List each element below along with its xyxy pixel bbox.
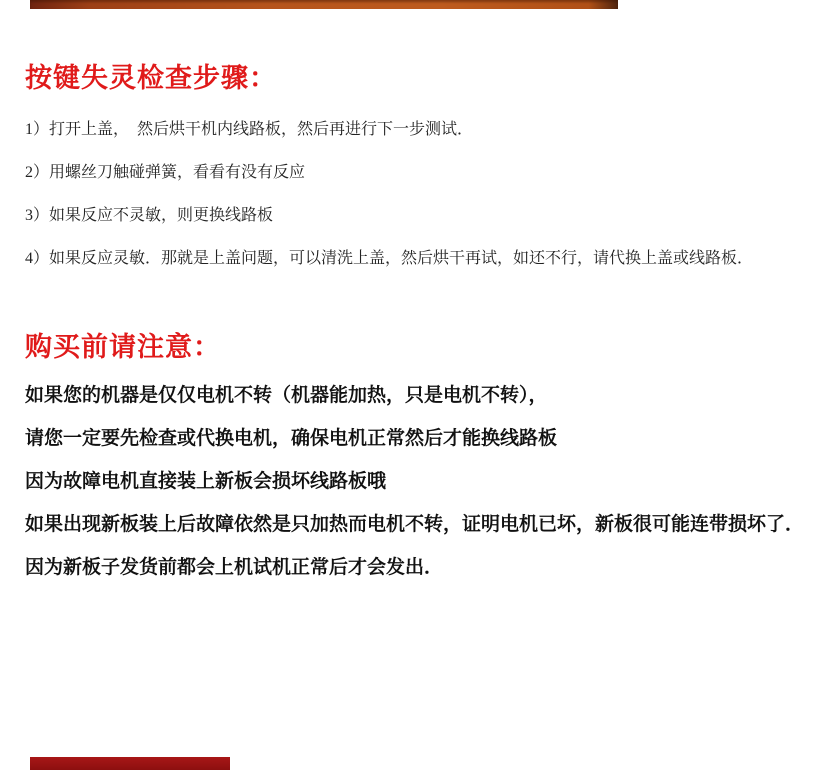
purchase-note-2: 请您一定要先检查或代换电机，确保电机正常然后才能换线路板 bbox=[25, 426, 828, 452]
section-title-key-failure-check: 按键失灵检查步骤： bbox=[25, 62, 828, 94]
top-gradient-banner bbox=[30, 0, 618, 9]
check-step-4: 4）如果反应灵敏．那就是上盖问题，可以清洗上盖，然后烘干再试，如还不行，请代换上… bbox=[25, 248, 828, 270]
purchase-note-3: 因为故障电机直接装上新板会损坏线路板哦 bbox=[25, 469, 828, 495]
check-steps-list: 1）打开上盖， 然后烘干机内线路板，然后再进行下一步测试． 2）用螺丝刀触碰弹簧… bbox=[0, 119, 828, 270]
purchase-note-4: 如果出现新板装上后故障依然是只加热而电机不转，证明电机已坏，新板很可能连带损坏了… bbox=[25, 512, 828, 538]
section-title-before-purchase-notice: 购买前请注意： bbox=[25, 331, 828, 363]
check-step-1: 1）打开上盖， 然后烘干机内线路板，然后再进行下一步测试． bbox=[25, 119, 828, 141]
purchase-note-1: 如果您的机器是仅仅电机不转（机器能加热，只是电机不转）， bbox=[25, 383, 828, 409]
purchase-note-5: 因为新板子发货前都会上机试机正常后才会发出． bbox=[25, 555, 828, 581]
bottom-partial-banner bbox=[30, 757, 230, 770]
check-step-3: 3）如果反应不灵敏，则更换线路板 bbox=[25, 205, 828, 227]
purchase-notes-list: 如果您的机器是仅仅电机不转（机器能加热，只是电机不转）， 请您一定要先检查或代换… bbox=[0, 383, 828, 581]
check-step-2: 2）用螺丝刀触碰弹簧，看看有没有反应 bbox=[25, 162, 828, 184]
